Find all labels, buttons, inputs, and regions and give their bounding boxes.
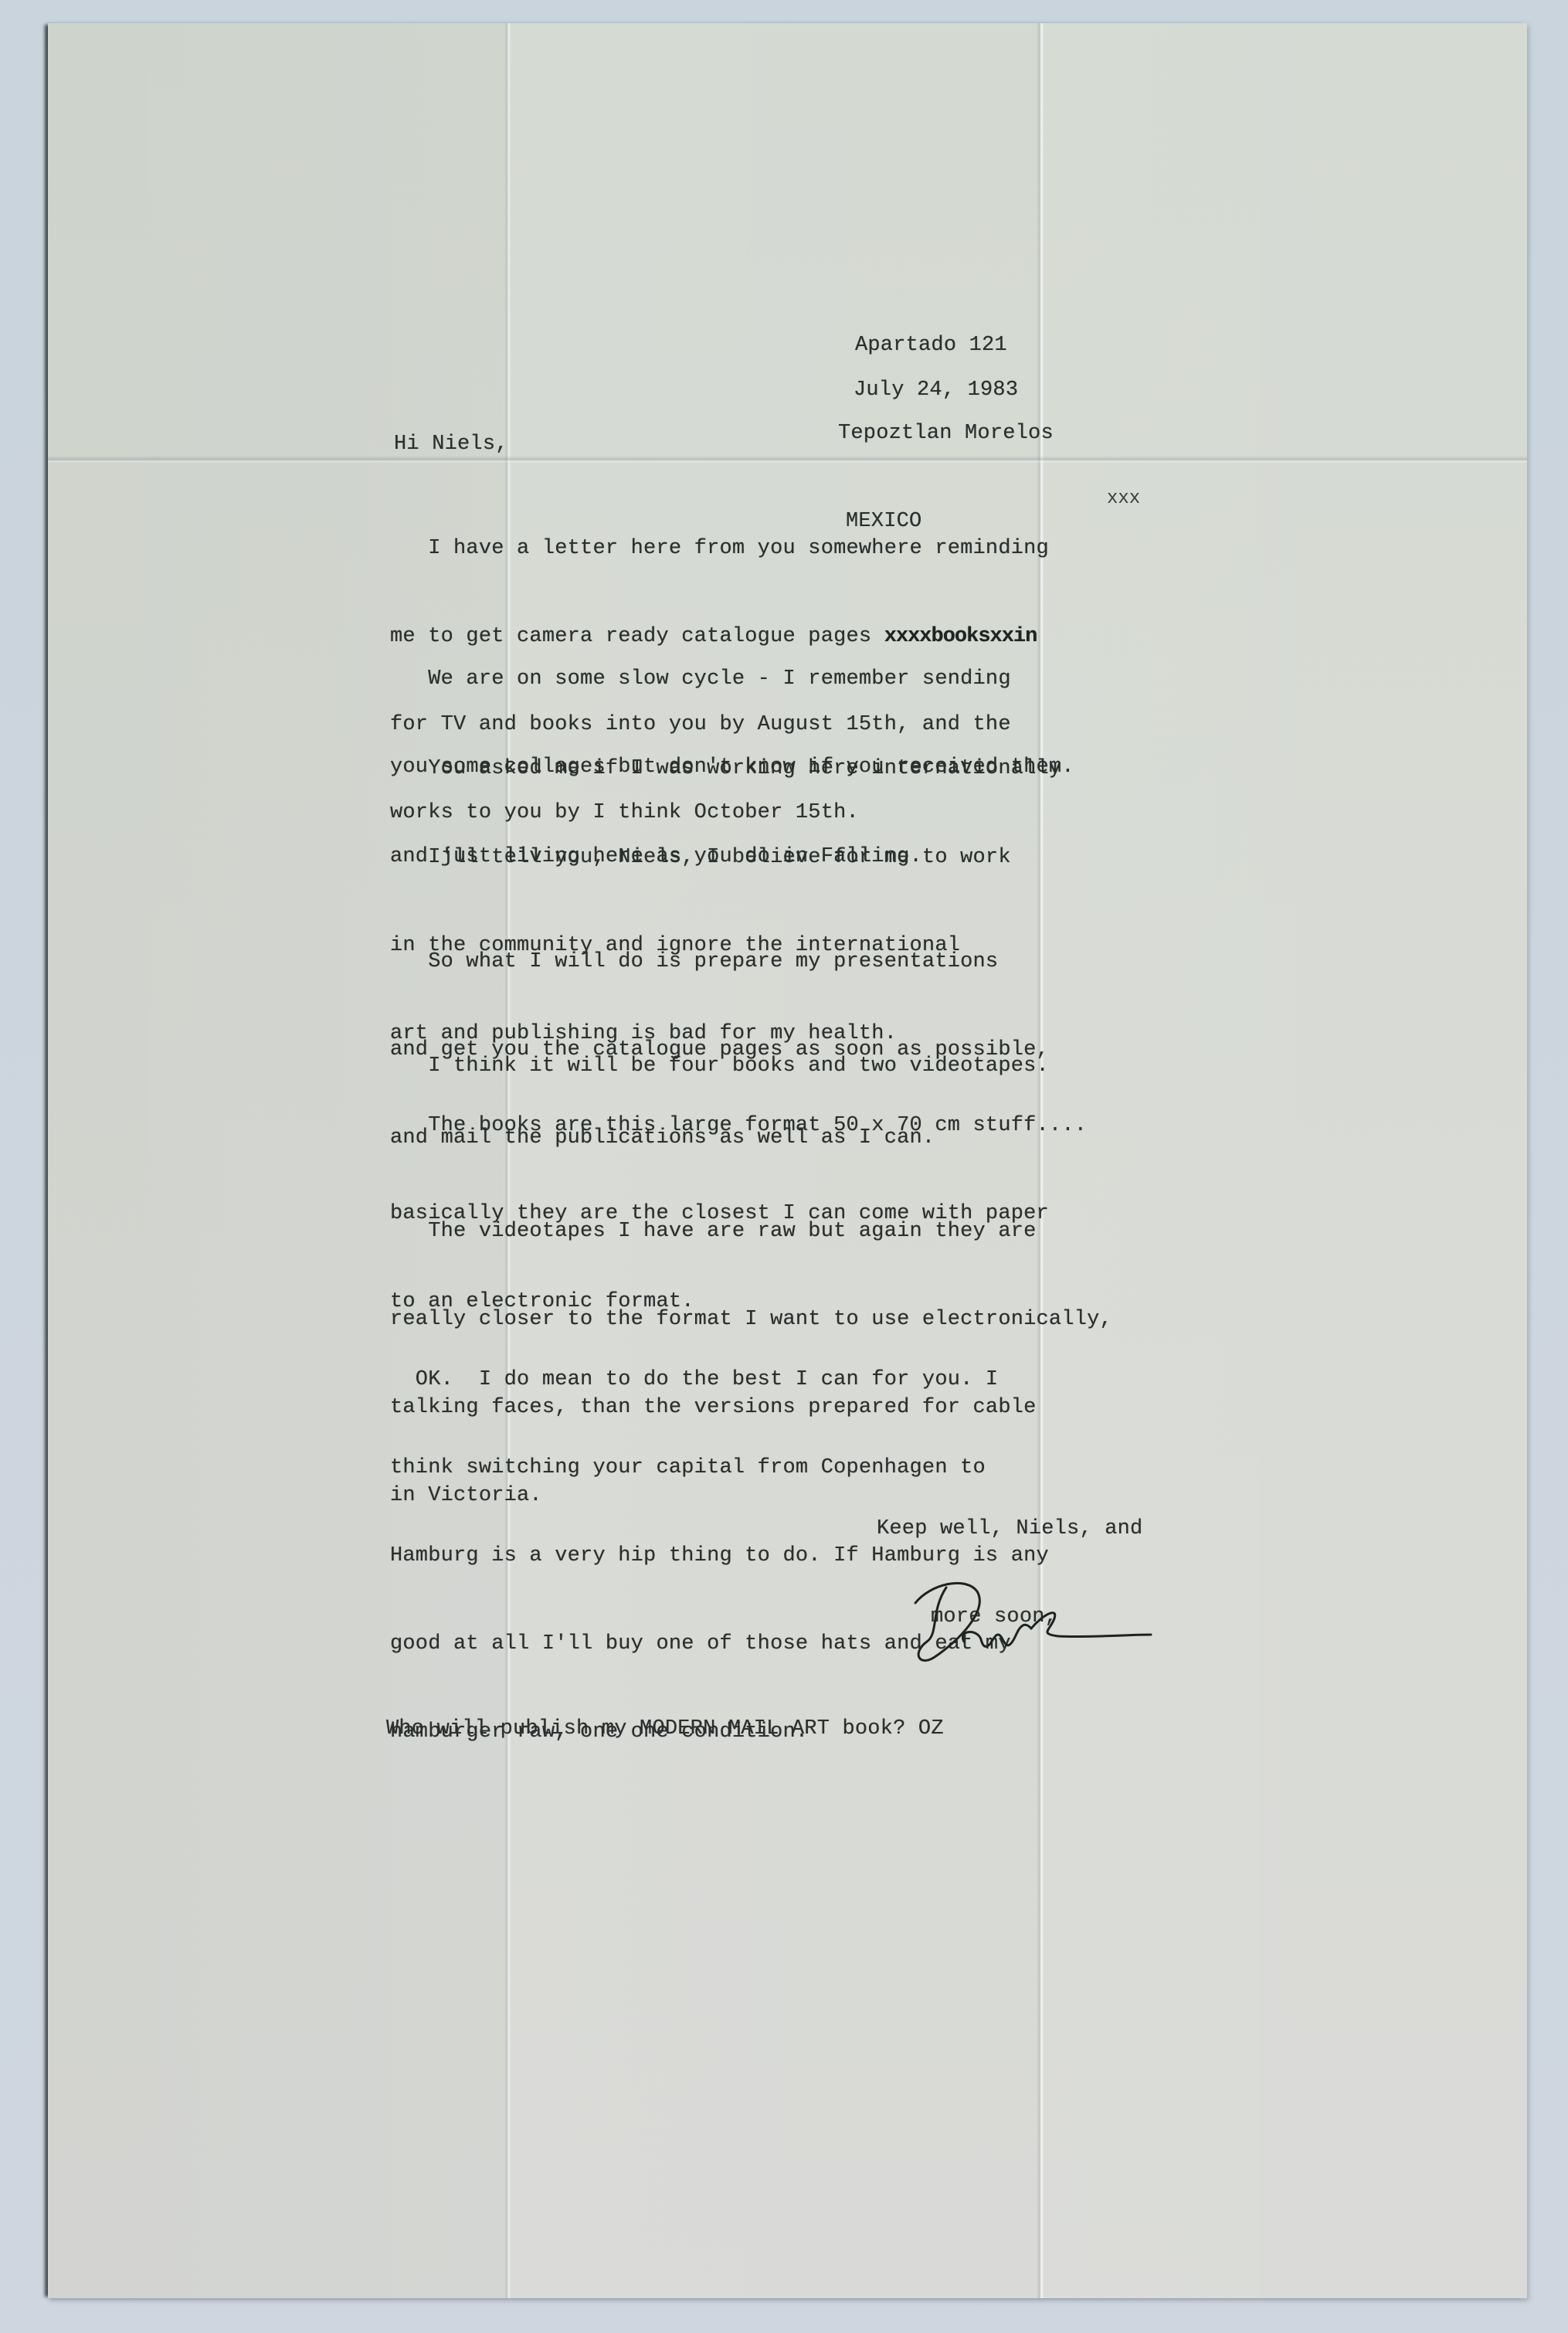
paragraph-line: You asked me if I was working here inter… [390,754,1061,783]
closing-line: Keep well, Niels, and [877,1514,1142,1543]
address-line: Tepoztlan Morelos [838,419,1054,448]
paragraph-line: So what I will do is prepare my presenta… [390,947,1049,976]
paragraph-line: I'll tell you, Niels, I believe for me t… [390,843,1011,872]
horizontal-fold-line [48,456,1527,464]
paragraph-line: I have a letter here from you somewhere … [390,534,1049,563]
overtype-mark: xxx [1107,488,1140,509]
address-line: Apartado 121 [838,331,1054,360]
paper-panel-right [1044,23,1527,2298]
letter-date: July 24, 1983 [854,375,1018,405]
paragraph-line: The books are this large format 50 x 70 … [390,1111,1087,1140]
paragraph-line: The videotapes I have are raw but again … [390,1217,1112,1246]
paragraph-line: OK. I do mean to do the best I can for y… [390,1365,1049,1394]
handwritten-signature: Dave [904,1568,1166,1676]
paragraph-line: We are on some slow cycle - I remember s… [390,664,1074,694]
postscript: Who will publish my MODERN MAIL ART book… [386,1714,944,1744]
greeting: Hi Niels, [394,430,508,459]
